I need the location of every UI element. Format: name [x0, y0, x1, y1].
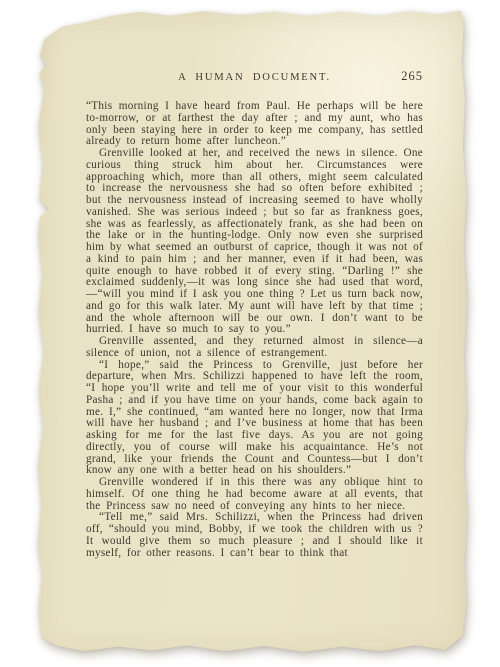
book-page: A HUMAN DOCUMENT. 265 “This morning I ha…: [36, 10, 467, 653]
running-title: A HUMAN DOCUMENT.: [178, 72, 331, 83]
paragraph: Grenville wondered if in this there was …: [86, 477, 423, 512]
page-number: 265: [401, 70, 423, 83]
paragraph: Grenville looked at her, and received th…: [86, 148, 423, 336]
paragraph: “This morning I have heard from Paul. He…: [86, 101, 423, 148]
page-header: A HUMAN DOCUMENT. 265: [86, 71, 423, 84]
text-column: A HUMAN DOCUMENT. 265 “This morning I ha…: [86, 71, 423, 559]
paragraph: “Tell me,” said Mrs. Schilizzi, when the…: [86, 512, 423, 559]
body-text: “This morning I have heard from Paul. He…: [86, 101, 423, 559]
page-backdrop: { "page": { "header": { "title": "A HUMA…: [0, 0, 500, 667]
paragraph: “I hope,” said the Princess to Grenville…: [86, 360, 423, 478]
scanned-page-shadow: A HUMAN DOCUMENT. 265 “This morning I ha…: [0, 0, 500, 667]
paragraph: Grenville assented, and they returned al…: [86, 336, 423, 360]
